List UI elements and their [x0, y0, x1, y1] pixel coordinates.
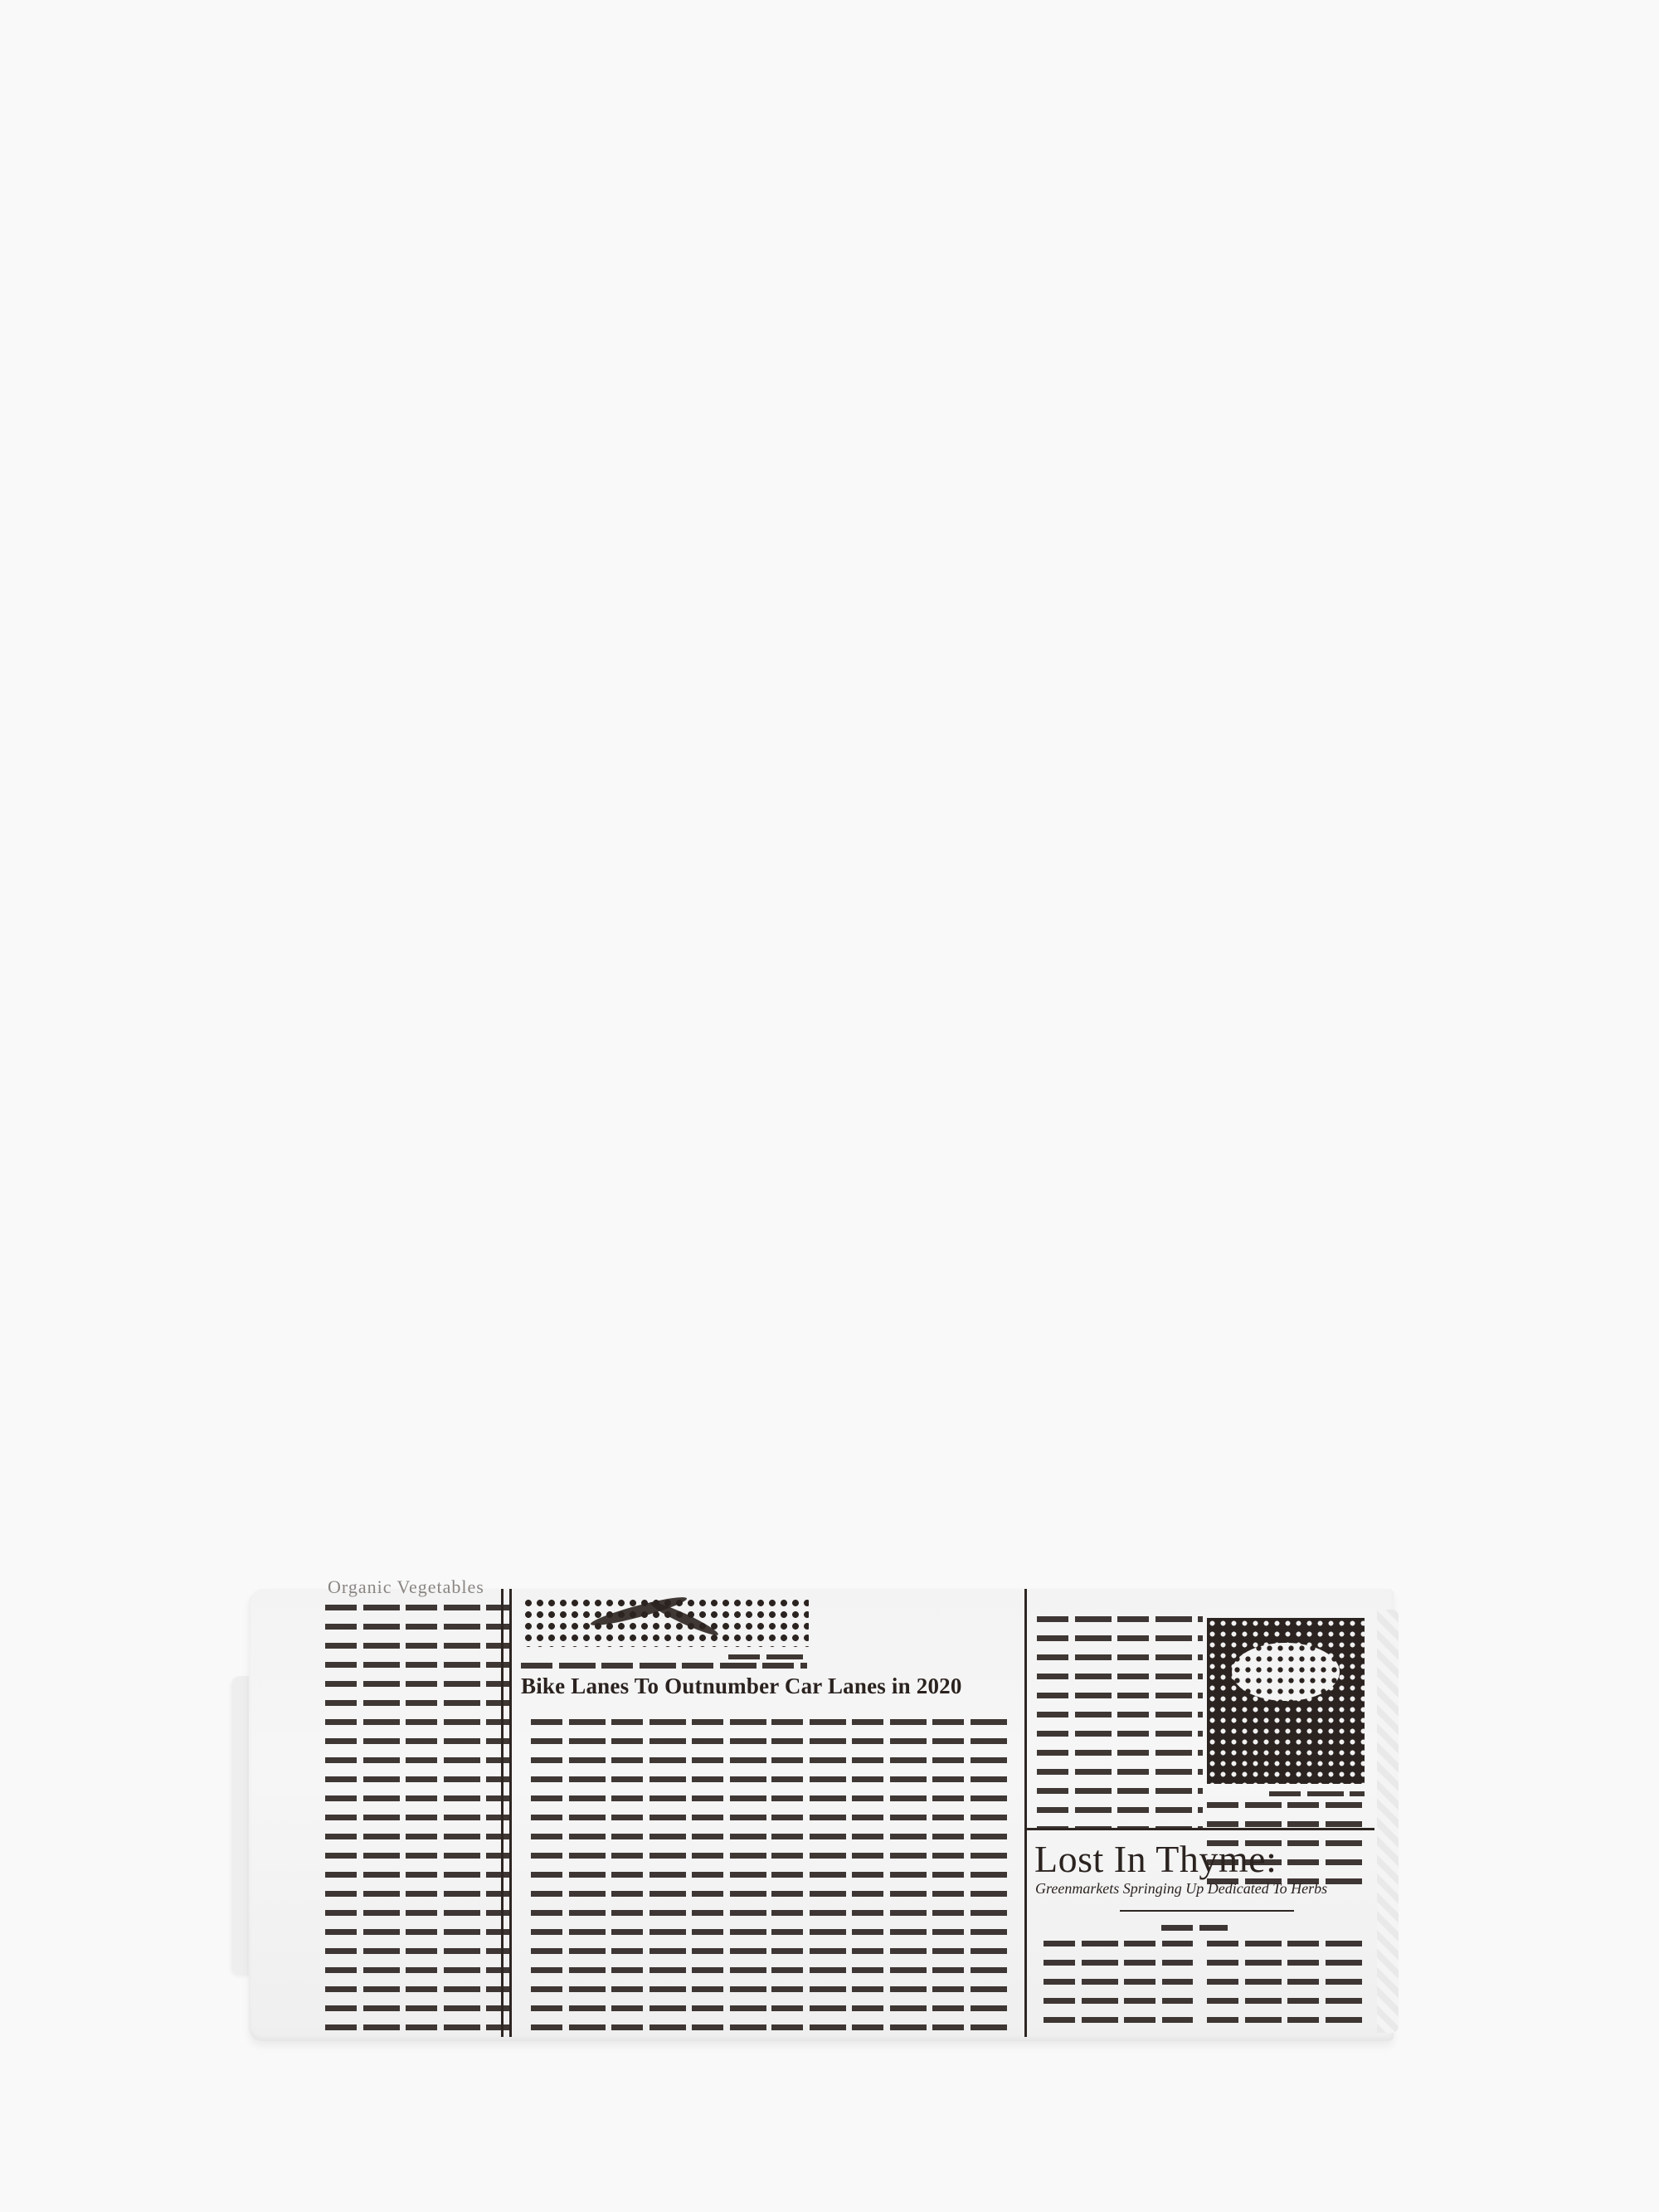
feature-rule-bottom — [1120, 1910, 1294, 1912]
feature-subtitle: Greenmarkets Springing Up Dedicated To H… — [1035, 1880, 1327, 1898]
product-photo: Organic Vegetables Bike Lanes To Outnumb… — [0, 0, 1659, 2212]
feature-byline — [1161, 1922, 1228, 1932]
article-column-right — [771, 1716, 1008, 2031]
column-rule — [501, 1589, 504, 2037]
column-text-1 — [325, 1601, 509, 2033]
section-label: Organic Vegetables — [328, 1576, 484, 1598]
column-text-right — [1037, 1613, 1203, 1829]
column-rule — [1024, 1589, 1027, 2037]
main-headline: Bike Lanes To Outnumber Car Lanes in 202… — [521, 1674, 962, 1699]
feature-title: Lost In Thyme: — [1034, 1837, 1277, 1881]
feature-rule-top — [1026, 1828, 1374, 1830]
article-column-left — [531, 1716, 767, 2031]
photo-credit — [728, 1651, 807, 1659]
photo-caption — [521, 1659, 807, 1671]
halftone-photo — [1207, 1618, 1365, 1784]
clutch-zigzag-edge — [1377, 1610, 1399, 2033]
feature-text-right — [1207, 1937, 1365, 2033]
feature-text-left — [1044, 1937, 1193, 2033]
photo-credit — [1269, 1788, 1365, 1796]
halftone-bike-image — [523, 1597, 809, 1647]
column-rule — [509, 1589, 512, 2037]
